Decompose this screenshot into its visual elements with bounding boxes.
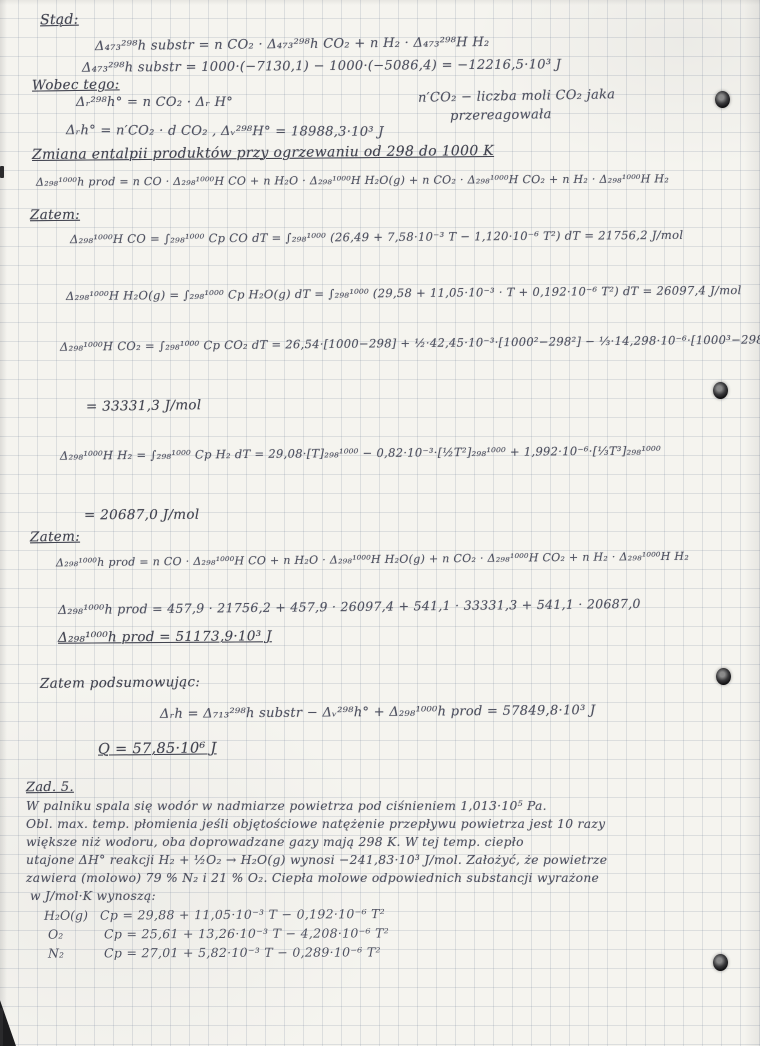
margin-note-moles-co2-cont: przereagowała [450,107,552,124]
equation-reaction-enthalpy-value: Δᵣh° = n′CO₂ · d CO₂ , Δᵥ²⁹⁸H° = 18988,3… [66,123,384,140]
result-heat-q: Q = 57,85·10⁶ J [98,740,217,757]
task-line: W palniku spala się wodór w nadmiarze po… [26,799,547,813]
equation-total-enthalpy: Δᵣh = Δ₇₁₃²⁹⁸h substr − Δᵥ²⁹⁸h° + Δ₂₉₈¹⁰… [160,703,596,722]
equation-substrate-enthalpy-values: Δ₄₇₃²⁹⁸h substr = 1000·(−7130,1) − 1000·… [82,57,561,75]
task-line: utajone ΔH° reakcji H₂ + ½O₂ → H₂O(g) wy… [26,853,607,867]
hole-punch-mark [713,954,728,971]
result-integral-h2: = 20687,0 J/mol [84,507,200,524]
cp-row-o2: O₂ Cp = 25,61 + 13,26·10⁻³ T − 4,208·10⁻… [48,925,389,941]
cp-row-n2: N₂ Cp = 27,01 + 5,82·10⁻³ T − 0,289·10⁻⁶… [48,944,381,960]
equation-hprod-values: Δ₂₉₈¹⁰⁰⁰h prod = 457,9 · 21756,2 + 457,9… [58,596,641,617]
task-line: w J/mol·K wynoszą: [30,889,156,903]
cp-formula: Cp = 29,88 + 11,05·10⁻³ T − 0,192·10⁻⁶ T… [100,906,385,922]
result-integral-co2: = 33331,3 J/mol [86,397,202,415]
task-line: zawiera (molowo) 79 % N₂ i 21 % O₂. Ciep… [26,871,599,885]
species-label: H₂O(g) [44,908,96,923]
section2-heading: Wobec tego: [32,76,120,93]
equation-integral-co2: Δ₂₉₈¹⁰⁰⁰H CO₂ = ∫₂₉₈¹⁰⁰⁰ Cp CO₂ dT = 26,… [60,332,760,353]
result-hprod: Δ₂₉₈¹⁰⁰⁰h prod = 51173,9·10³ J [58,628,272,645]
equation-reaction-enthalpy: Δᵣ²⁹⁸h° = n CO₂ · Δᵣ H° [76,95,233,110]
margin-note-moles-co2: n′CO₂ − liczba moli CO₂ jaka [418,87,616,105]
task-line: Obl. max. temp. płomienia jeśli objętośc… [26,817,605,831]
scan-edge-mark [0,166,4,178]
task-line: większe niż wodoru, oba doprowadzane gaz… [26,835,524,849]
section3-heading-products-enthalpy: Zmiana entalpii produktów przy ogrzewani… [32,143,494,163]
equation-integral-h2o: Δ₂₉₈¹⁰⁰⁰H H₂O(g) = ∫₂₉₈¹⁰⁰⁰ Cp H₂O(g) dT… [66,283,742,303]
task-heading: Zad. 5. [26,780,74,795]
cp-row-h2o: H₂O(g) Cp = 29,88 + 11,05·10⁻³ T − 0,192… [44,906,385,923]
section6-heading-summary: Zatem podsumowując: [40,674,200,692]
section1-heading: Stąd: [40,12,79,29]
equation-integral-co: Δ₂₉₈¹⁰⁰⁰H CO = ∫₂₉₈¹⁰⁰⁰ Cp CO dT = ∫₂₉₈¹… [70,228,683,246]
cp-formula: Cp = 27,01 + 5,82·10⁻³ T − 0,289·10⁻⁶ T² [104,944,381,960]
scan-edge-mark [0,1008,3,1046]
hole-punch-mark [713,382,728,399]
equation-hprod-sum: Δ₂₉₈¹⁰⁰⁰h prod = n CO · Δ₂₉₈¹⁰⁰⁰H CO + n… [36,172,669,188]
equation-hprod-sum-repeat: Δ₂₉₈¹⁰⁰⁰h prod = n CO · Δ₂₉₈¹⁰⁰⁰H CO + n… [56,550,689,570]
section4-heading: Zatem: [30,207,80,223]
cp-formula: Cp = 25,61 + 13,26·10⁻³ T − 4,208·10⁻⁶ T… [104,925,389,941]
species-label: O₂ [48,926,100,941]
scanned-notebook-page: Stąd: Δ₄₇₃²⁹⁸h substr = n CO₂ · Δ₄₇₃²⁹⁸h… [0,0,760,1046]
equation-substrate-enthalpy: Δ₄₇₃²⁹⁸h substr = n CO₂ · Δ₄₇₃²⁹⁸h CO₂ +… [95,35,490,54]
equation-integral-h2: Δ₂₉₈¹⁰⁰⁰H H₂ = ∫₂₉₈¹⁰⁰⁰ Cp H₂ dT = 29,08… [60,443,661,462]
hole-punch-mark [716,668,731,685]
hole-punch-mark [715,91,730,108]
species-label: N₂ [48,945,100,960]
section5-heading: Zatem: [30,529,80,546]
